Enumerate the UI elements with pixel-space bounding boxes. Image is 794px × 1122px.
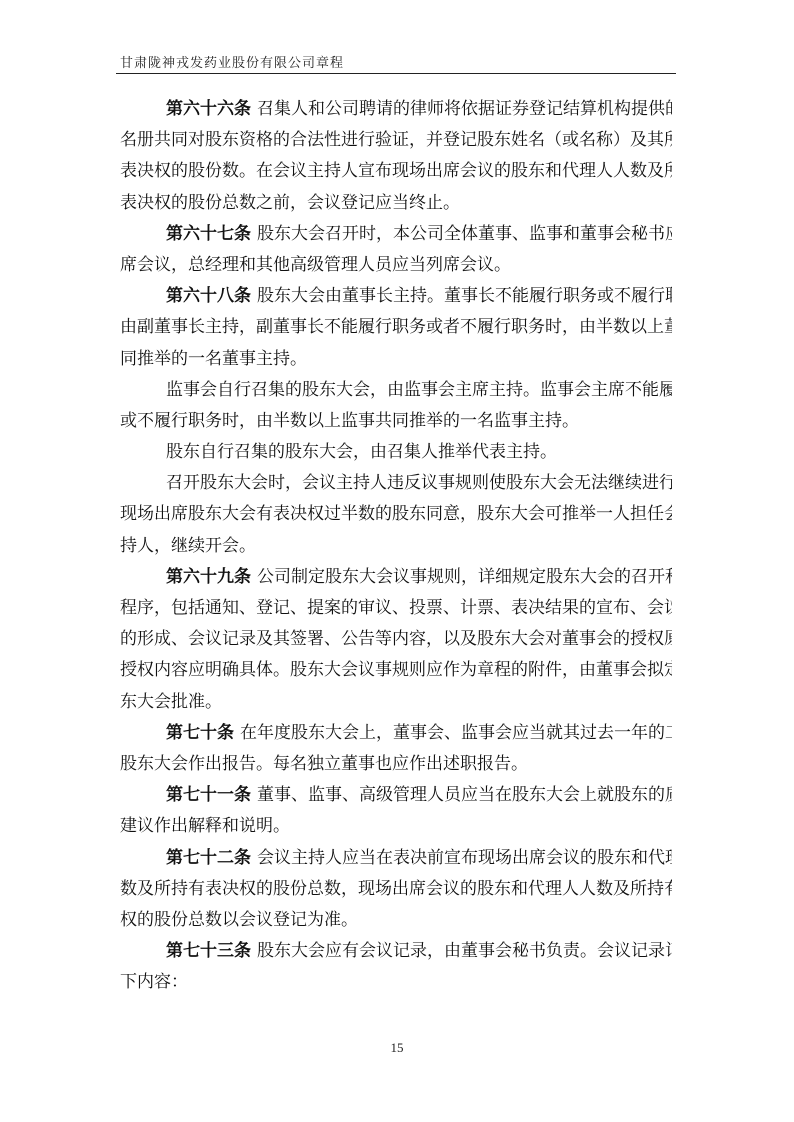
paragraph-line: 股东大会作出报告。每名独立董事也应作出述职报告。: [120, 749, 672, 780]
document-body: 第六十六条召集人和公司聘请的律师将依据证券登记结算机构提供的股东 名册共同对股东…: [120, 94, 672, 998]
paragraph-line: 授权内容应明确具体。股东大会议事规则应作为章程的附件，由董事会拟定，股: [120, 655, 672, 686]
paragraph-line: 的形成、会议记录及其签署、公告等内容，以及股东大会对董事会的授权原则，: [120, 624, 672, 655]
article-number: 第七十二条: [166, 848, 251, 868]
paragraph-line: 持人，继续开会。: [120, 531, 672, 562]
paragraph-line: 召开股东大会时，会议主持人违反议事规则使股东大会无法继续进行的，经: [120, 468, 672, 499]
paragraph-line: 名册共同对股东资格的合法性进行验证，并登记股东姓名（或名称）及其所持有: [120, 125, 672, 156]
paragraph-line: 第七十三条股东大会应有会议记录，由董事会秘书负责。会议记录记载以: [120, 936, 672, 967]
paragraph-line: 席会议，总经理和其他高级管理人员应当列席会议。: [120, 250, 672, 281]
article-number: 第六十六条: [166, 99, 251, 119]
page-number: 15: [0, 1040, 794, 1056]
article-number: 第六十九条: [166, 567, 251, 587]
paragraph-line: 股东自行召集的股东大会，由召集人推举代表主持。: [120, 437, 672, 468]
article-number: 第七十条: [166, 723, 234, 743]
paragraph-line: 建议作出解释和说明。: [120, 811, 672, 842]
paragraph-line: 同推举的一名董事主持。: [120, 344, 672, 375]
paragraph-line: 现场出席股东大会有表决权过半数的股东同意，股东大会可推举一人担任会议主: [120, 499, 672, 530]
paragraph-line: 第七十二条会议主持人应当在表决前宣布现场出席会议的股东和代理人人: [120, 843, 672, 874]
paragraph-line: 第六十九条公司制定股东大会议事规则，详细规定股东大会的召开和表决: [120, 562, 672, 593]
paragraph-line: 由副董事长主持，副董事长不能履行职务或者不履行职务时，由半数以上董事共: [120, 312, 672, 343]
header-rule: [116, 73, 676, 74]
paragraph-line: 或不履行职务时，由半数以上监事共同推举的一名监事主持。: [120, 406, 672, 437]
paragraph-line: 下内容：: [120, 967, 672, 998]
paragraph-line: 监事会自行召集的股东大会，由监事会主席主持。监事会主席不能履行职务: [120, 375, 672, 406]
paragraph-line: 权的股份总数以会议登记为准。: [120, 905, 672, 936]
paragraph-line: 第六十七条股东大会召开时，本公司全体董事、监事和董事会秘书应当出: [120, 219, 672, 250]
paragraph-line: 数及所持有表决权的股份总数，现场出席会议的股东和代理人人数及所持有表决: [120, 874, 672, 905]
paragraph-line: 第七十一条董事、监事、高级管理人员应当在股东大会上就股东的质询和: [120, 780, 672, 811]
page-header-title: 甘肃陇神戎发药业股份有限公司章程: [120, 55, 344, 73]
paragraph-line: 表决权的股份总数之前，会议登记应当终止。: [120, 188, 672, 219]
article-number: 第七十一条: [166, 785, 251, 805]
paragraph-line: 程序，包括通知、登记、提案的审议、投票、计票、表决结果的宣布、会议决议: [120, 593, 672, 624]
paragraph-line: 表决权的股份数。在会议主持人宣布现场出席会议的股东和代理人人数及所持有: [120, 156, 672, 187]
article-number: 第六十七条: [166, 224, 251, 244]
article-number: 第六十八条: [166, 286, 251, 306]
article-number: 第七十三条: [166, 941, 251, 961]
paragraph-line: 东大会批准。: [120, 687, 672, 718]
paragraph-line: 第六十八条股东大会由董事长主持。董事长不能履行职务或不履行职务时，: [120, 281, 672, 312]
paragraph-line: 第七十条在年度股东大会上，董事会、监事会应当就其过去一年的工作向: [120, 718, 672, 749]
paragraph-line: 第六十六条召集人和公司聘请的律师将依据证券登记结算机构提供的股东: [120, 94, 672, 125]
